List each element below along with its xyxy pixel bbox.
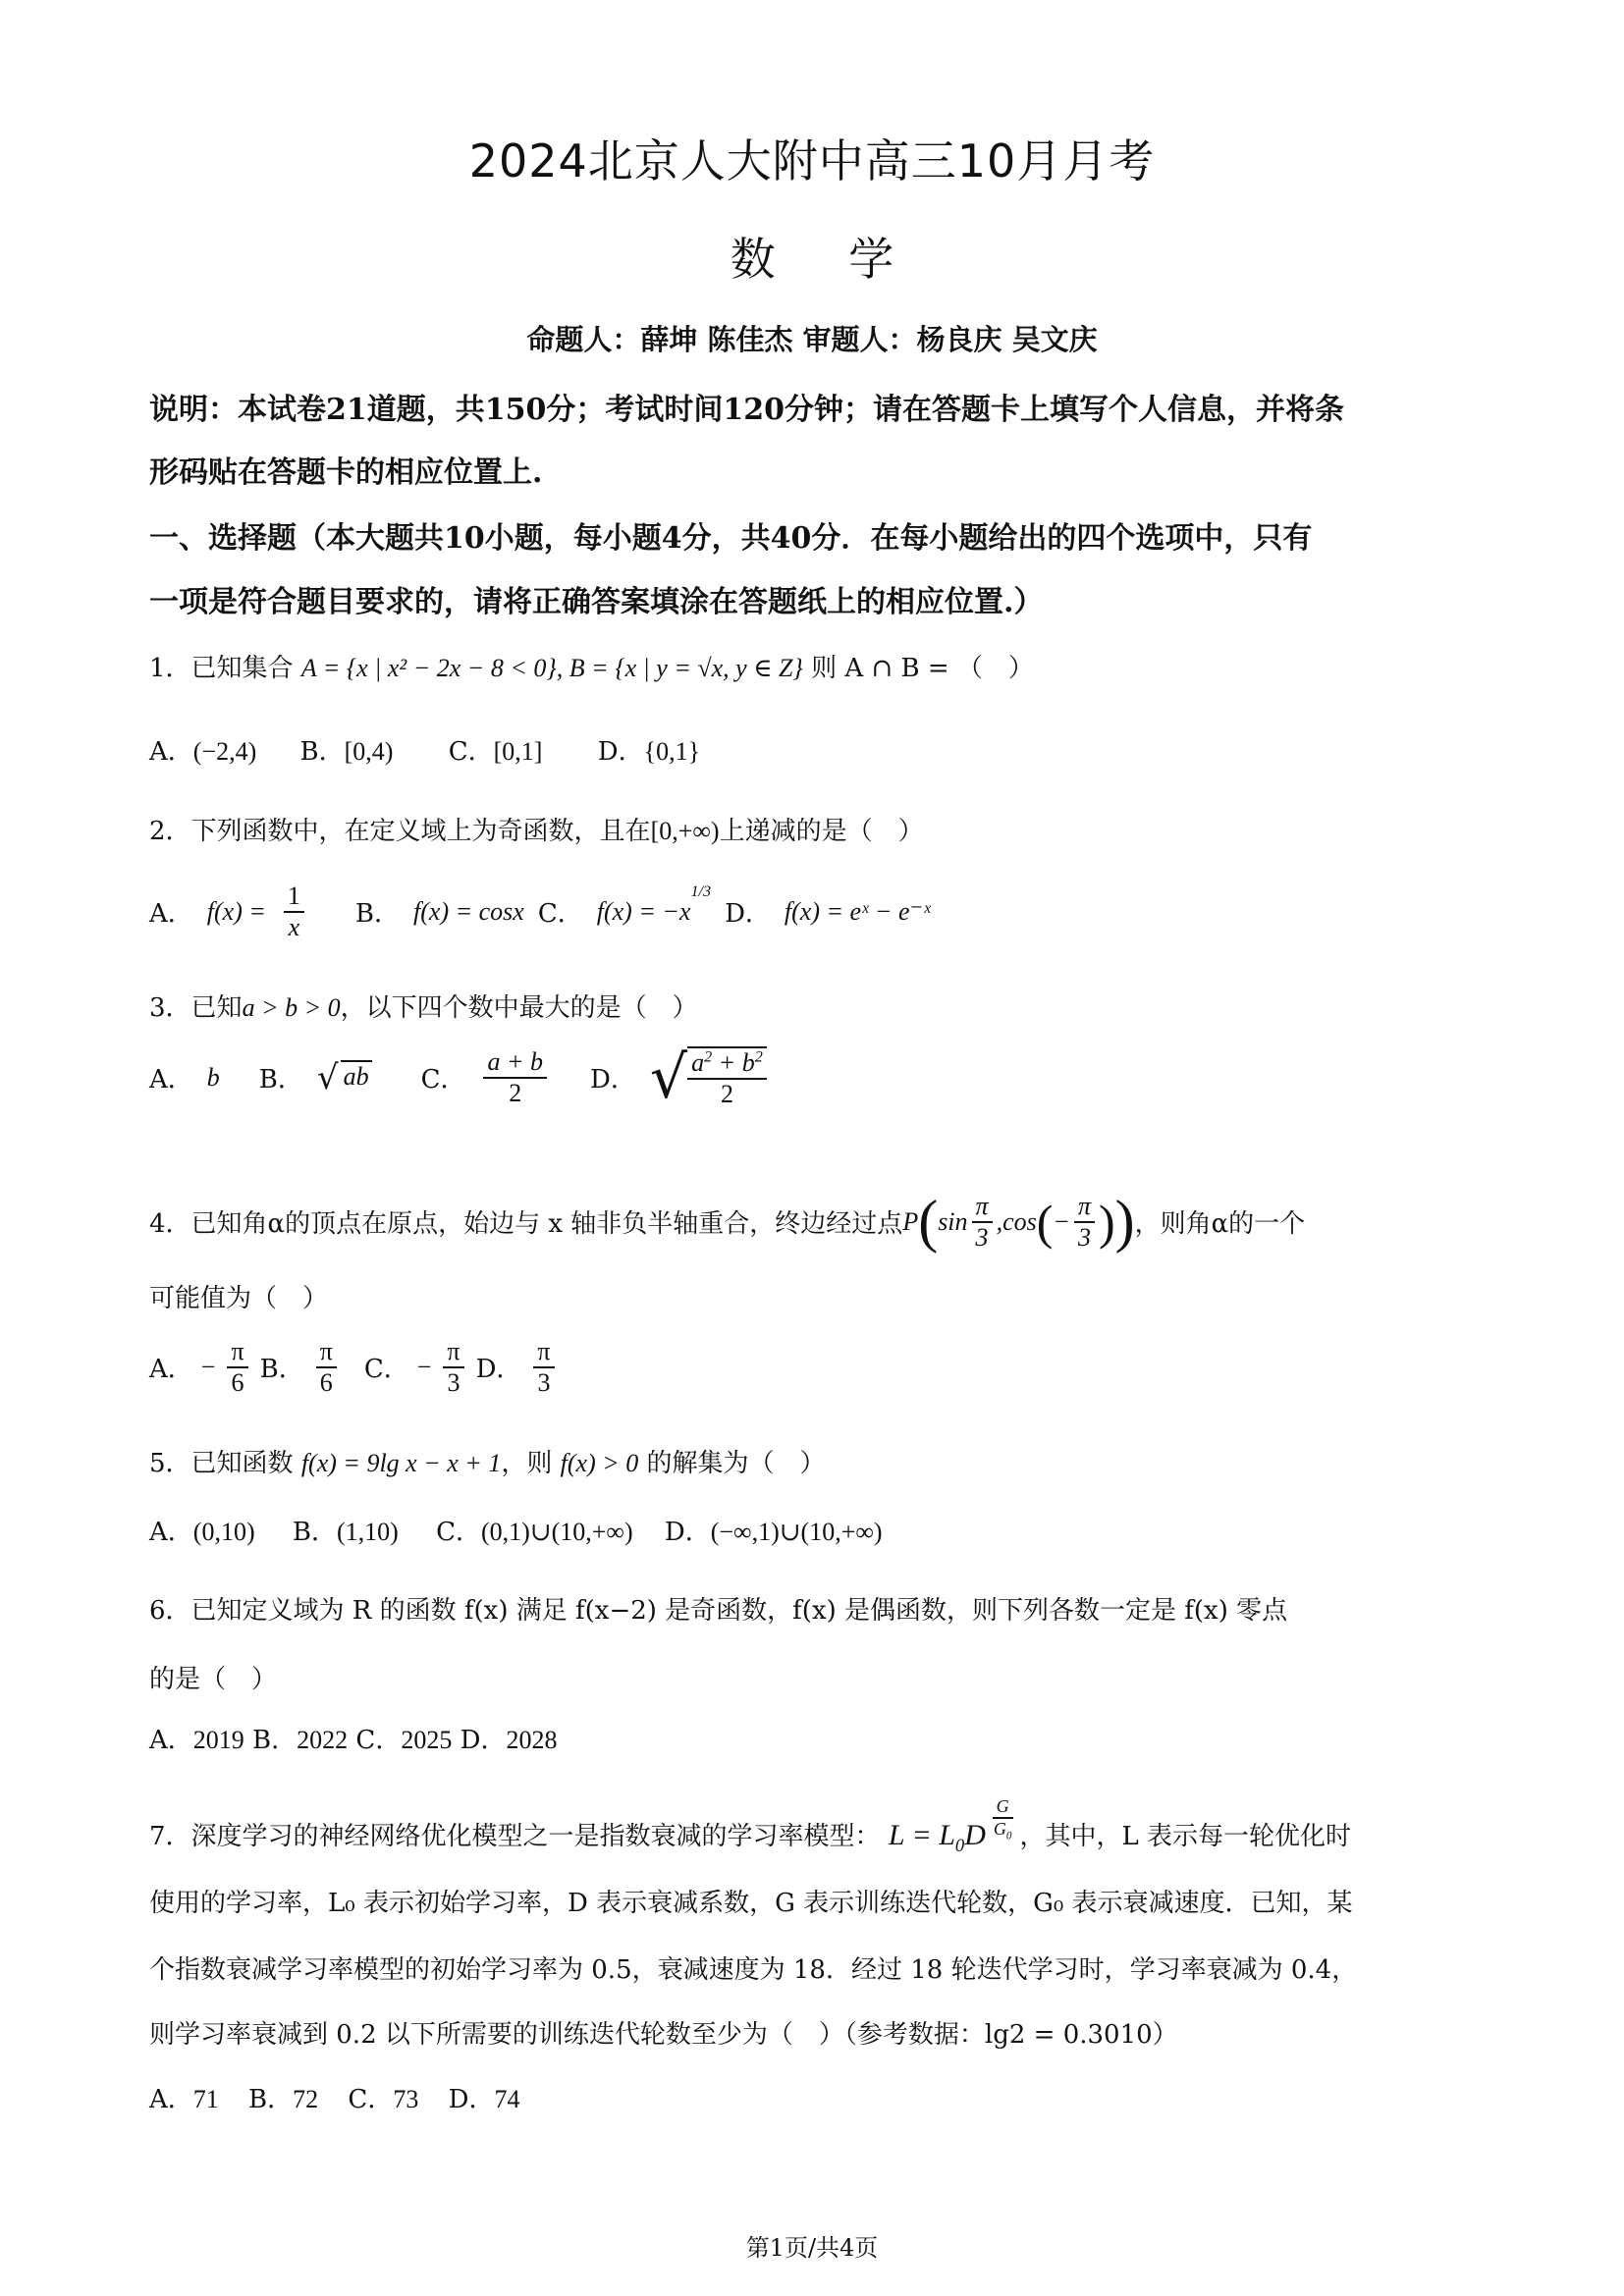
option-d: √a2 + b22 [650,1046,771,1109]
option-b-label: B． [293,1518,337,1547]
option-d: (−∞,1)∪(10,+∞) [711,1518,883,1546]
question-number: 6． [149,1596,191,1626]
option-d-label: D． [590,1059,636,1095]
question-7: 7．深度学习的神经网络优化模型之一是指数衰减的学习率模型： L = L0DGG0… [149,1806,1351,1857]
option-d-label: D． [725,893,771,930]
question-6: 6．已知定义域为 R 的函数 f(x) 满足 f(x−2) 是奇函数，f(x) … [149,1590,1287,1627]
option-a: (0,10) [193,1518,255,1546]
question-stem: 已知角α的顶点在原点，始边与 x 轴非负半轴重合，终边经过点 [191,1203,903,1240]
exam-page: 2024北京人大附中高三10月月考 数 学 命题人：薛坤 陈佳杰 审题人：杨良庆… [0,0,1624,2296]
question-7-options: A．71 B．72 C．73 D．74 [149,2079,519,2115]
inequality: f(x) > 0 [561,1449,639,1477]
option-d-label: D． [449,2085,495,2114]
option-a-fraction: π6 [227,1337,247,1398]
option-a-label: A． [149,1059,193,1095]
instructions-line-1: 说明：本试卷21道题，共150分；考试时间120分钟；请在答题卡上填写个人信息，… [149,385,1344,428]
condition: a > b > 0 [243,993,341,1022]
option-d-label: D． [460,1726,507,1755]
option-c: 73 [393,2085,418,2113]
section-heading-line-1: 一、选择题（本大题共10小题，每小题4分，共40分．在每小题给出的四个选项中，只… [149,513,1312,557]
question-4: 4．已知角α的顶点在原点，始边与 x 轴非负半轴重合，终边经过点 P(sinπ3… [149,1188,1305,1255]
question-2-options: A． f(x) = 1x B． f(x) = cosx C． f(x) = −x… [149,881,931,942]
question-number: 3． [149,993,191,1023]
option-a-fraction: 1x [284,881,304,942]
option-b-label: B． [300,737,345,767]
option-d: f(x) = eˣ − e⁻ˣ [785,897,931,927]
question-1-options: A．(−2,4) B．[0,4) C．[0,1] D．{0,1} [149,731,700,768]
page-indicator: 第1页/共4页 [0,2228,1624,2263]
question-tail: ，则角α的一个 [1135,1203,1306,1240]
option-b: √ab [317,1058,372,1097]
option-b-label: B． [260,1349,304,1385]
question-tail: 上递减的是（ ） [720,817,924,846]
option-c-label: C． [449,737,494,767]
option-b: [0,4) [345,737,394,766]
question-number: 5． [149,1449,191,1478]
question-6-options: A．2019 B．2022 C．2025 D．2028 [149,1720,557,1756]
point-p: P(sinπ3,cos(−π3)) [902,1188,1134,1255]
question-4-line-2: 可能值为（ ） [149,1278,328,1314]
question-number: 4． [149,1203,191,1240]
option-a-label: A． [149,1726,193,1755]
question-number: 2． [149,817,191,846]
question-stem: 已知 [191,993,243,1023]
question-1: 1．已知集合 A = {x | x² − 2x − 8 < 0}, B = {x… [149,648,1034,684]
subject-heading: 数 学 [0,224,1624,289]
question-3-options: A． b B． √ab C． a + b2 D． √a2 + b22 [149,1046,771,1109]
question-stem: 下列函数中，在定义域上为奇函数，且在 [191,817,651,846]
question-6-line-2: 的是（ ） [149,1659,277,1695]
question-7-line-3: 个指数衰减学习率模型的初始学习率为 0.5，衰减速度为 18．经过 18 轮迭代… [149,1949,1357,1986]
option-b-label: B． [248,2085,293,2114]
authors-line: 命题人：薛坤 陈佳杰 审题人：杨良庆 吴文庆 [0,318,1624,358]
instructions-line-2: 形码贴在答题卡的相应位置上. [149,448,542,491]
option-c: − [417,1353,432,1382]
math-expression: A = {x | x² − 2x − 8 < 0}, B = {x | y = … [301,654,803,682]
question-line-1b: ，其中，L 表示每一轮优化时 [1019,1822,1351,1851]
option-c-fraction: a + b2 [483,1047,547,1108]
question-7-line-2: 使用的学习率，L₀ 表示初始学习率，D 表示衰减系数，G 表示训练迭代轮数，G₀… [149,1883,1353,1919]
option-b: (1,10) [337,1518,399,1546]
option-c-label: C． [348,2085,393,2114]
option-a-lhs: f(x) = [207,897,266,927]
option-a-label: A． [149,2085,193,2114]
exam-title: 2024北京人大附中高三10月月考 [0,126,1624,190]
option-c-label: C． [364,1349,409,1385]
option-a-label: A． [149,893,193,930]
question-number: 7． [149,1822,191,1851]
section-heading-line-2: 一项是符合题目要求的，请将正确答案填涂在答题纸上的相应位置.） [149,577,1043,620]
option-c-label: C． [355,1726,401,1755]
option-d: 74 [494,2085,519,2113]
question-tail: 则 A ∩ B = （ ） [811,654,1034,683]
function-definition: f(x) = 9lg x − x + 1 [301,1449,502,1477]
question-line-1a: 深度学习的神经网络优化模型之一是指数衰减的学习率模型： [191,1822,881,1851]
option-d: {0,1} [644,737,700,766]
question-number: 1． [149,654,191,683]
option-c-label: C． [436,1518,481,1547]
question-5-options: A．(0,10) B．(1,10) C．(0,1)∪(10,+∞) D．(−∞,… [149,1512,883,1548]
option-c: [0,1] [494,737,543,766]
option-b: 72 [293,2085,318,2113]
question-stem: 已知函数 [191,1449,294,1478]
option-d-label: D． [598,737,644,767]
option-a: b [207,1063,220,1093]
option-a: (−2,4) [193,737,256,766]
question-tail: 的解集为（ ） [647,1449,826,1478]
option-d: 2028 [506,1726,557,1754]
question-5: 5．已知函数 f(x) = 9lg x − x + 1，则 f(x) > 0 的… [149,1443,826,1479]
option-c: f(x) = −x1/3 [597,897,711,927]
option-b-fraction: π6 [316,1337,337,1398]
option-c-fraction: π3 [443,1337,463,1398]
option-c: 2025 [401,1726,452,1754]
interval: [0,+∞) [651,817,720,845]
option-d-fraction: π3 [533,1337,554,1398]
option-c-label: C． [421,1059,466,1095]
question-3: 3．已知a > b > 0，以下四个数中最大的是（ ） [149,988,698,1024]
option-c: (0,1)∪(10,+∞) [481,1518,633,1546]
decay-formula: L = L0DGG0 [889,1819,1020,1851]
option-b-label: B． [252,1726,297,1755]
question-4-options: A． −π6 B． π6 C． −π3 D． π3 [149,1337,559,1398]
option-a-label: A． [149,737,193,767]
question-mid: ，则 [501,1449,552,1478]
option-c-label: C． [538,893,583,930]
option-b: 2022 [297,1726,348,1754]
option-a-label: A． [149,1349,193,1385]
option-d-label: D． [665,1518,711,1547]
option-a: − [201,1353,216,1382]
question-tail: ，以下四个数中最大的是（ ） [341,993,698,1023]
question-line-1: 已知定义域为 R 的函数 f(x) 满足 f(x−2) 是奇函数，f(x) 是偶… [191,1596,1288,1626]
option-a: 2019 [193,1726,244,1754]
option-b-label: B． [355,893,400,930]
question-7-line-4: 则学习率衰减到 0.2 以下所需要的训练迭代轮数至少为（ ）（参考数据：lg2 … [149,2014,1178,2051]
question-2: 2．下列函数中，在定义域上为奇函数，且在[0,+∞)上递减的是（ ） [149,811,924,847]
option-a-label: A． [149,1518,193,1547]
option-a: 71 [193,2085,219,2113]
option-b: f(x) = cosx [413,897,524,927]
option-d-label: D． [476,1349,522,1385]
question-stem: 已知集合 [191,654,294,683]
option-b-label: B． [259,1059,303,1095]
